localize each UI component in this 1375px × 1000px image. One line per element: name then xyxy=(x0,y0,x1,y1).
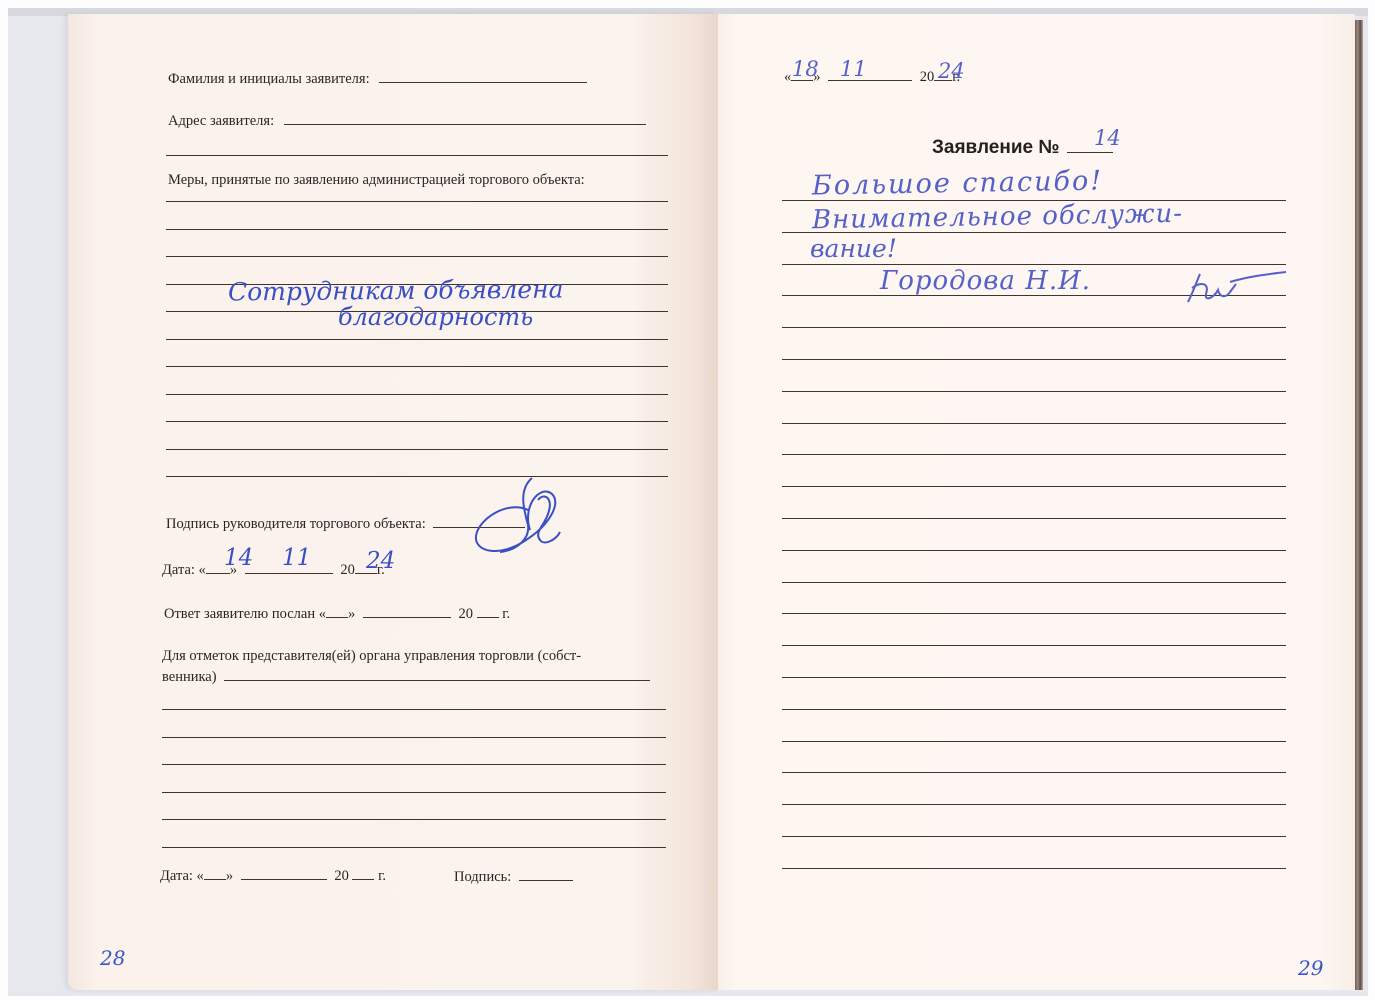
page-stack-edge xyxy=(1355,20,1363,990)
statement-title-row: Заявление № xyxy=(932,134,1113,159)
statement-line[interactable] xyxy=(782,391,1286,392)
measures-line[interactable] xyxy=(166,229,668,230)
measures-line[interactable] xyxy=(166,201,668,202)
applicant-address-label: Адрес заявителя: xyxy=(168,113,274,129)
measures-handwriting-line1: Сотрудникам объявлена xyxy=(228,275,564,307)
reply-month-field[interactable] xyxy=(363,603,451,618)
reply-century: 20 xyxy=(459,606,474,622)
decision-date-year-handwritten: 24 xyxy=(366,548,395,574)
date-century: 20 xyxy=(340,562,355,578)
authority-line[interactable] xyxy=(162,764,666,765)
right-page xyxy=(718,14,1355,990)
statement-line[interactable] xyxy=(782,550,1286,551)
statement-line[interactable] xyxy=(782,645,1286,646)
measures-line[interactable] xyxy=(166,421,668,422)
statement-line[interactable] xyxy=(782,518,1286,519)
authority-label-line2: венника) xyxy=(162,669,217,685)
address-line-2 xyxy=(166,155,668,156)
statement-line[interactable] xyxy=(782,486,1286,487)
left-page xyxy=(68,14,718,990)
entry-date-year-handwritten: 24 xyxy=(938,59,965,83)
authority-line[interactable] xyxy=(162,847,666,848)
statement-line[interactable] xyxy=(782,613,1286,614)
authority-line[interactable] xyxy=(162,819,666,820)
measures-line[interactable] xyxy=(166,476,668,477)
manager-signature-mark xyxy=(470,470,570,565)
bottom-date-suffix: г. xyxy=(378,868,386,884)
measures-label: Меры, принятые по заявлению администраци… xyxy=(168,172,585,189)
authority-line[interactable] xyxy=(162,737,666,738)
entry-date-month-handwritten: 11 xyxy=(840,57,867,81)
left-page-number: 28 xyxy=(100,946,125,970)
entry-date-open-quote: « xyxy=(784,69,791,85)
statement-text-line1: Большое спасибо! xyxy=(812,165,1104,201)
measures-line[interactable] xyxy=(166,366,668,367)
authority-line[interactable] xyxy=(162,792,666,793)
statement-line[interactable] xyxy=(782,836,1286,837)
authority-label-line1: Для отметок представителя(ей) органа упр… xyxy=(162,648,581,665)
measures-line[interactable] xyxy=(166,394,668,395)
reply-suffix: г. xyxy=(502,606,510,622)
applicant-name-label: Фамилия и инициалы заявителя: xyxy=(168,71,370,87)
statement-line[interactable] xyxy=(782,741,1286,742)
statement-line[interactable] xyxy=(782,709,1286,710)
bottom-signature-field[interactable] xyxy=(519,866,573,881)
entry-date-day-handwritten: 18 xyxy=(792,57,819,81)
statement-line[interactable] xyxy=(782,264,1286,265)
statement-title: Заявление № xyxy=(932,137,1060,158)
authority-row: венника) xyxy=(162,666,650,686)
applicant-address-row: Адрес заявителя: xyxy=(168,110,646,130)
bottom-date-month-field[interactable] xyxy=(241,865,327,880)
statement-line[interactable] xyxy=(782,804,1286,805)
statement-line[interactable] xyxy=(782,423,1286,424)
right-page-number: 29 xyxy=(1298,956,1323,980)
statement-number-handwritten: 14 xyxy=(1094,126,1121,150)
applicant-signature-mark xyxy=(1180,268,1290,313)
statement-line[interactable] xyxy=(782,454,1286,455)
decision-date-month-handwritten: 11 xyxy=(282,545,311,571)
applicant-name-field[interactable] xyxy=(379,68,587,83)
reply-day-field[interactable] xyxy=(326,603,348,618)
bottom-date-close-quote: » xyxy=(226,868,233,884)
statement-line[interactable] xyxy=(782,359,1286,360)
statement-text-line3: вание! xyxy=(810,234,897,263)
statement-line[interactable] xyxy=(782,868,1286,869)
decision-date-row: Дата: «» 20г. xyxy=(162,559,385,579)
statement-line[interactable] xyxy=(782,772,1286,773)
statement-line[interactable] xyxy=(782,582,1286,583)
reply-date-row: Ответ заявителю послан «» 20 г. xyxy=(164,603,510,623)
measures-handwriting-line2: благодарность xyxy=(338,303,533,331)
statement-line[interactable] xyxy=(782,327,1286,328)
reply-year-field[interactable] xyxy=(477,603,499,618)
manager-signature-label: Подпись руководителя торгового объекта: xyxy=(166,516,426,532)
bottom-date-row: Дата: «» 20 г. xyxy=(160,865,386,885)
entry-date-century: 20 xyxy=(920,69,935,85)
statement-line[interactable] xyxy=(782,677,1286,678)
applicant-address-field[interactable] xyxy=(284,110,646,125)
reply-close-quote: » xyxy=(348,606,355,622)
decision-date-day-handwritten: 14 xyxy=(224,545,253,571)
reply-label: Ответ заявителю послан « xyxy=(164,606,326,622)
bottom-date-day-field[interactable] xyxy=(204,865,226,880)
measures-line[interactable] xyxy=(166,256,668,257)
applicant-name-row: Фамилия и инициалы заявителя: xyxy=(168,68,587,88)
authority-line[interactable] xyxy=(162,709,666,710)
date-label: Дата: « xyxy=(162,562,206,578)
bottom-date-century: 20 xyxy=(334,868,349,884)
bottom-date-year-field[interactable] xyxy=(352,865,374,880)
statement-author: Городова Н.И. xyxy=(880,266,1091,296)
measures-line[interactable] xyxy=(166,449,668,450)
authority-field[interactable] xyxy=(224,666,650,681)
bottom-signature-label: Подпись: xyxy=(454,869,511,885)
measures-line[interactable] xyxy=(166,339,668,340)
bottom-date-label: Дата: « xyxy=(160,868,204,884)
bottom-signature-row: Подпись: xyxy=(454,866,573,886)
